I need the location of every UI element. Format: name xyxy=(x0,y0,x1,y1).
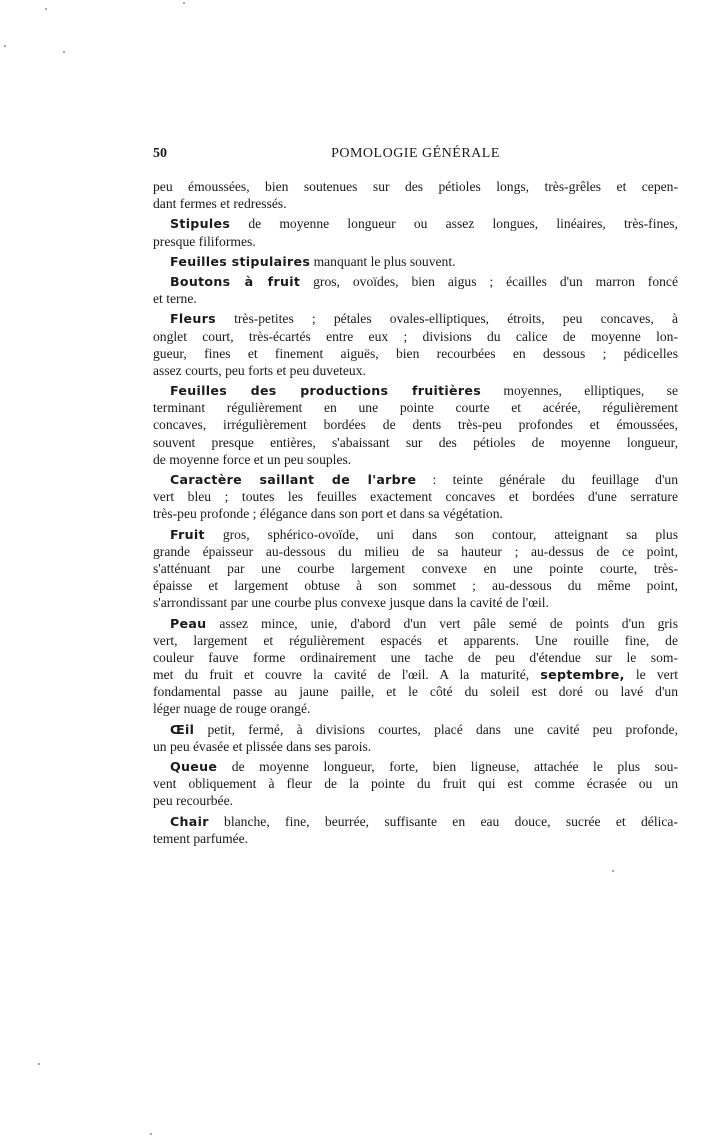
text-line: Caractère saillant de l'arbre : teinte g… xyxy=(153,471,678,488)
text-line: concaves, irrégulièrement bordées de den… xyxy=(153,416,678,433)
text-line: Œil petit, fermé, à divisions courtes, p… xyxy=(153,721,678,738)
text-line: onglet court, très-écartés entre eux ; d… xyxy=(153,328,678,345)
text-line: souvent presque entières, s'abaissant su… xyxy=(153,434,678,451)
text-line: léger nuage de rouge orangé. xyxy=(153,700,678,717)
text-line: gueur, fines et finement aiguës, bien re… xyxy=(153,345,678,362)
text-line: couleur fauve forme ordinairement une ta… xyxy=(153,649,678,666)
text-line: grande épaisseur au-dessous du milieu de… xyxy=(153,543,678,560)
paragraph-stipules: Stipules de moyenne longueur ou assez lo… xyxy=(153,215,678,249)
text-line: fondamental passe au jaune paille, et le… xyxy=(153,683,678,700)
text-line: Boutons à fruit gros, ovoïdes, bien aigu… xyxy=(153,273,678,290)
section-term: Feuilles stipulaires xyxy=(170,254,310,269)
paragraph-œil: Œil petit, fermé, à divisions courtes, p… xyxy=(153,721,678,755)
paragraph-fruit: Fruit gros, sphérico-ovoïde, uni dans so… xyxy=(153,526,678,612)
paragraph-chair: Chair blanche, fine, beurrée, suffisante… xyxy=(153,813,678,847)
paragraph-peau: Peau assez mince, unie, d'abord d'un ver… xyxy=(153,615,678,718)
section-term: Caractère saillant de l'arbre xyxy=(170,472,416,487)
body-text: peu émoussées, bien soutenues sur des pé… xyxy=(153,178,678,847)
text-line: très-peu profonde ; élégance dans son po… xyxy=(153,505,678,522)
text-line: vert bleu ; toutes les feuilles exacteme… xyxy=(153,488,678,505)
paragraph-caractère-saillant-de-l-arbre: Caractère saillant de l'arbre : teinte g… xyxy=(153,471,678,523)
text-line: Queue de moyenne longueur, forte, bien l… xyxy=(153,758,678,775)
paragraph-feuilles-des-productions-fruitières: Feuilles des productions fruitières moye… xyxy=(153,382,678,468)
section-term: Feuilles des productions fruitières xyxy=(170,383,481,398)
text-line: tement parfumée. xyxy=(153,830,678,847)
section-term: Queue xyxy=(170,759,217,774)
text-line: Stipules de moyenne longueur ou assez lo… xyxy=(153,215,678,232)
section-term: Fruit xyxy=(170,527,205,542)
text-line: un peu évasée et plissée dans ses parois… xyxy=(153,738,678,755)
text-line: s'atténuant par une courbe largement con… xyxy=(153,560,678,577)
paragraph-queue: Queue de moyenne longueur, forte, bien l… xyxy=(153,758,678,810)
text-line: terminant régulièrement en une pointe co… xyxy=(153,399,678,416)
text-line: Fleurs très-petites ; pétales ovales-ell… xyxy=(153,310,678,327)
text-line: met du fruit et couvre la cavité de l'œi… xyxy=(153,666,678,683)
text-line: peu recourbée. xyxy=(153,792,678,809)
text-line: vert, largement et régulièrement espacés… xyxy=(153,632,678,649)
inline-bold-term: septembre, xyxy=(540,667,624,682)
text-line: vent obliquement à fleur de la pointe du… xyxy=(153,775,678,792)
text-line: Fruit gros, sphérico-ovoïde, uni dans so… xyxy=(153,526,678,543)
text-line: de moyenne force et un peu souples. xyxy=(153,451,678,468)
book-page: 50 POMOLOGIE GÉNÉRALE peu émoussées, bie… xyxy=(153,146,678,850)
text-line: peu émoussées, bien soutenues sur des pé… xyxy=(153,178,678,195)
text-line: Feuilles des productions fruitières moye… xyxy=(153,382,678,399)
paragraph-boutons-à-fruit: Boutons à fruit gros, ovoïdes, bien aigu… xyxy=(153,273,678,307)
section-term: Fleurs xyxy=(170,311,216,326)
text-line: et terne. xyxy=(153,290,678,307)
text-line: épaisse et largement obtuse à son sommet… xyxy=(153,577,678,594)
text-line: Peau assez mince, unie, d'abord d'un ver… xyxy=(153,615,678,632)
running-title: POMOLOGIE GÉNÉRALE xyxy=(153,146,678,162)
section-term: Stipules xyxy=(170,216,230,231)
text-line: s'arrondissant par une courbe plus conve… xyxy=(153,594,678,611)
section-term: Chair xyxy=(170,814,209,829)
text-line: Chair blanche, fine, beurrée, suffisante… xyxy=(153,813,678,830)
text-line: dant fermes et redressés. xyxy=(153,195,678,212)
paragraph-feuilles-stipulaires: Feuilles stipulaires manquant le plus so… xyxy=(153,253,678,270)
text-line: presque filiformes. xyxy=(153,233,678,250)
paragraph-fleurs: Fleurs très-petites ; pétales ovales-ell… xyxy=(153,310,678,379)
section-term: Boutons à fruit xyxy=(170,274,300,289)
section-term: Peau xyxy=(170,616,206,631)
section-term: Œil xyxy=(170,722,194,737)
paragraph-continuation: peu émoussées, bien soutenues sur des pé… xyxy=(153,178,678,212)
text-line: Feuilles stipulaires manquant le plus so… xyxy=(153,253,678,270)
text-line: assez courts, peu forts et peu duveteux. xyxy=(153,362,678,379)
running-head: 50 POMOLOGIE GÉNÉRALE xyxy=(153,146,678,168)
